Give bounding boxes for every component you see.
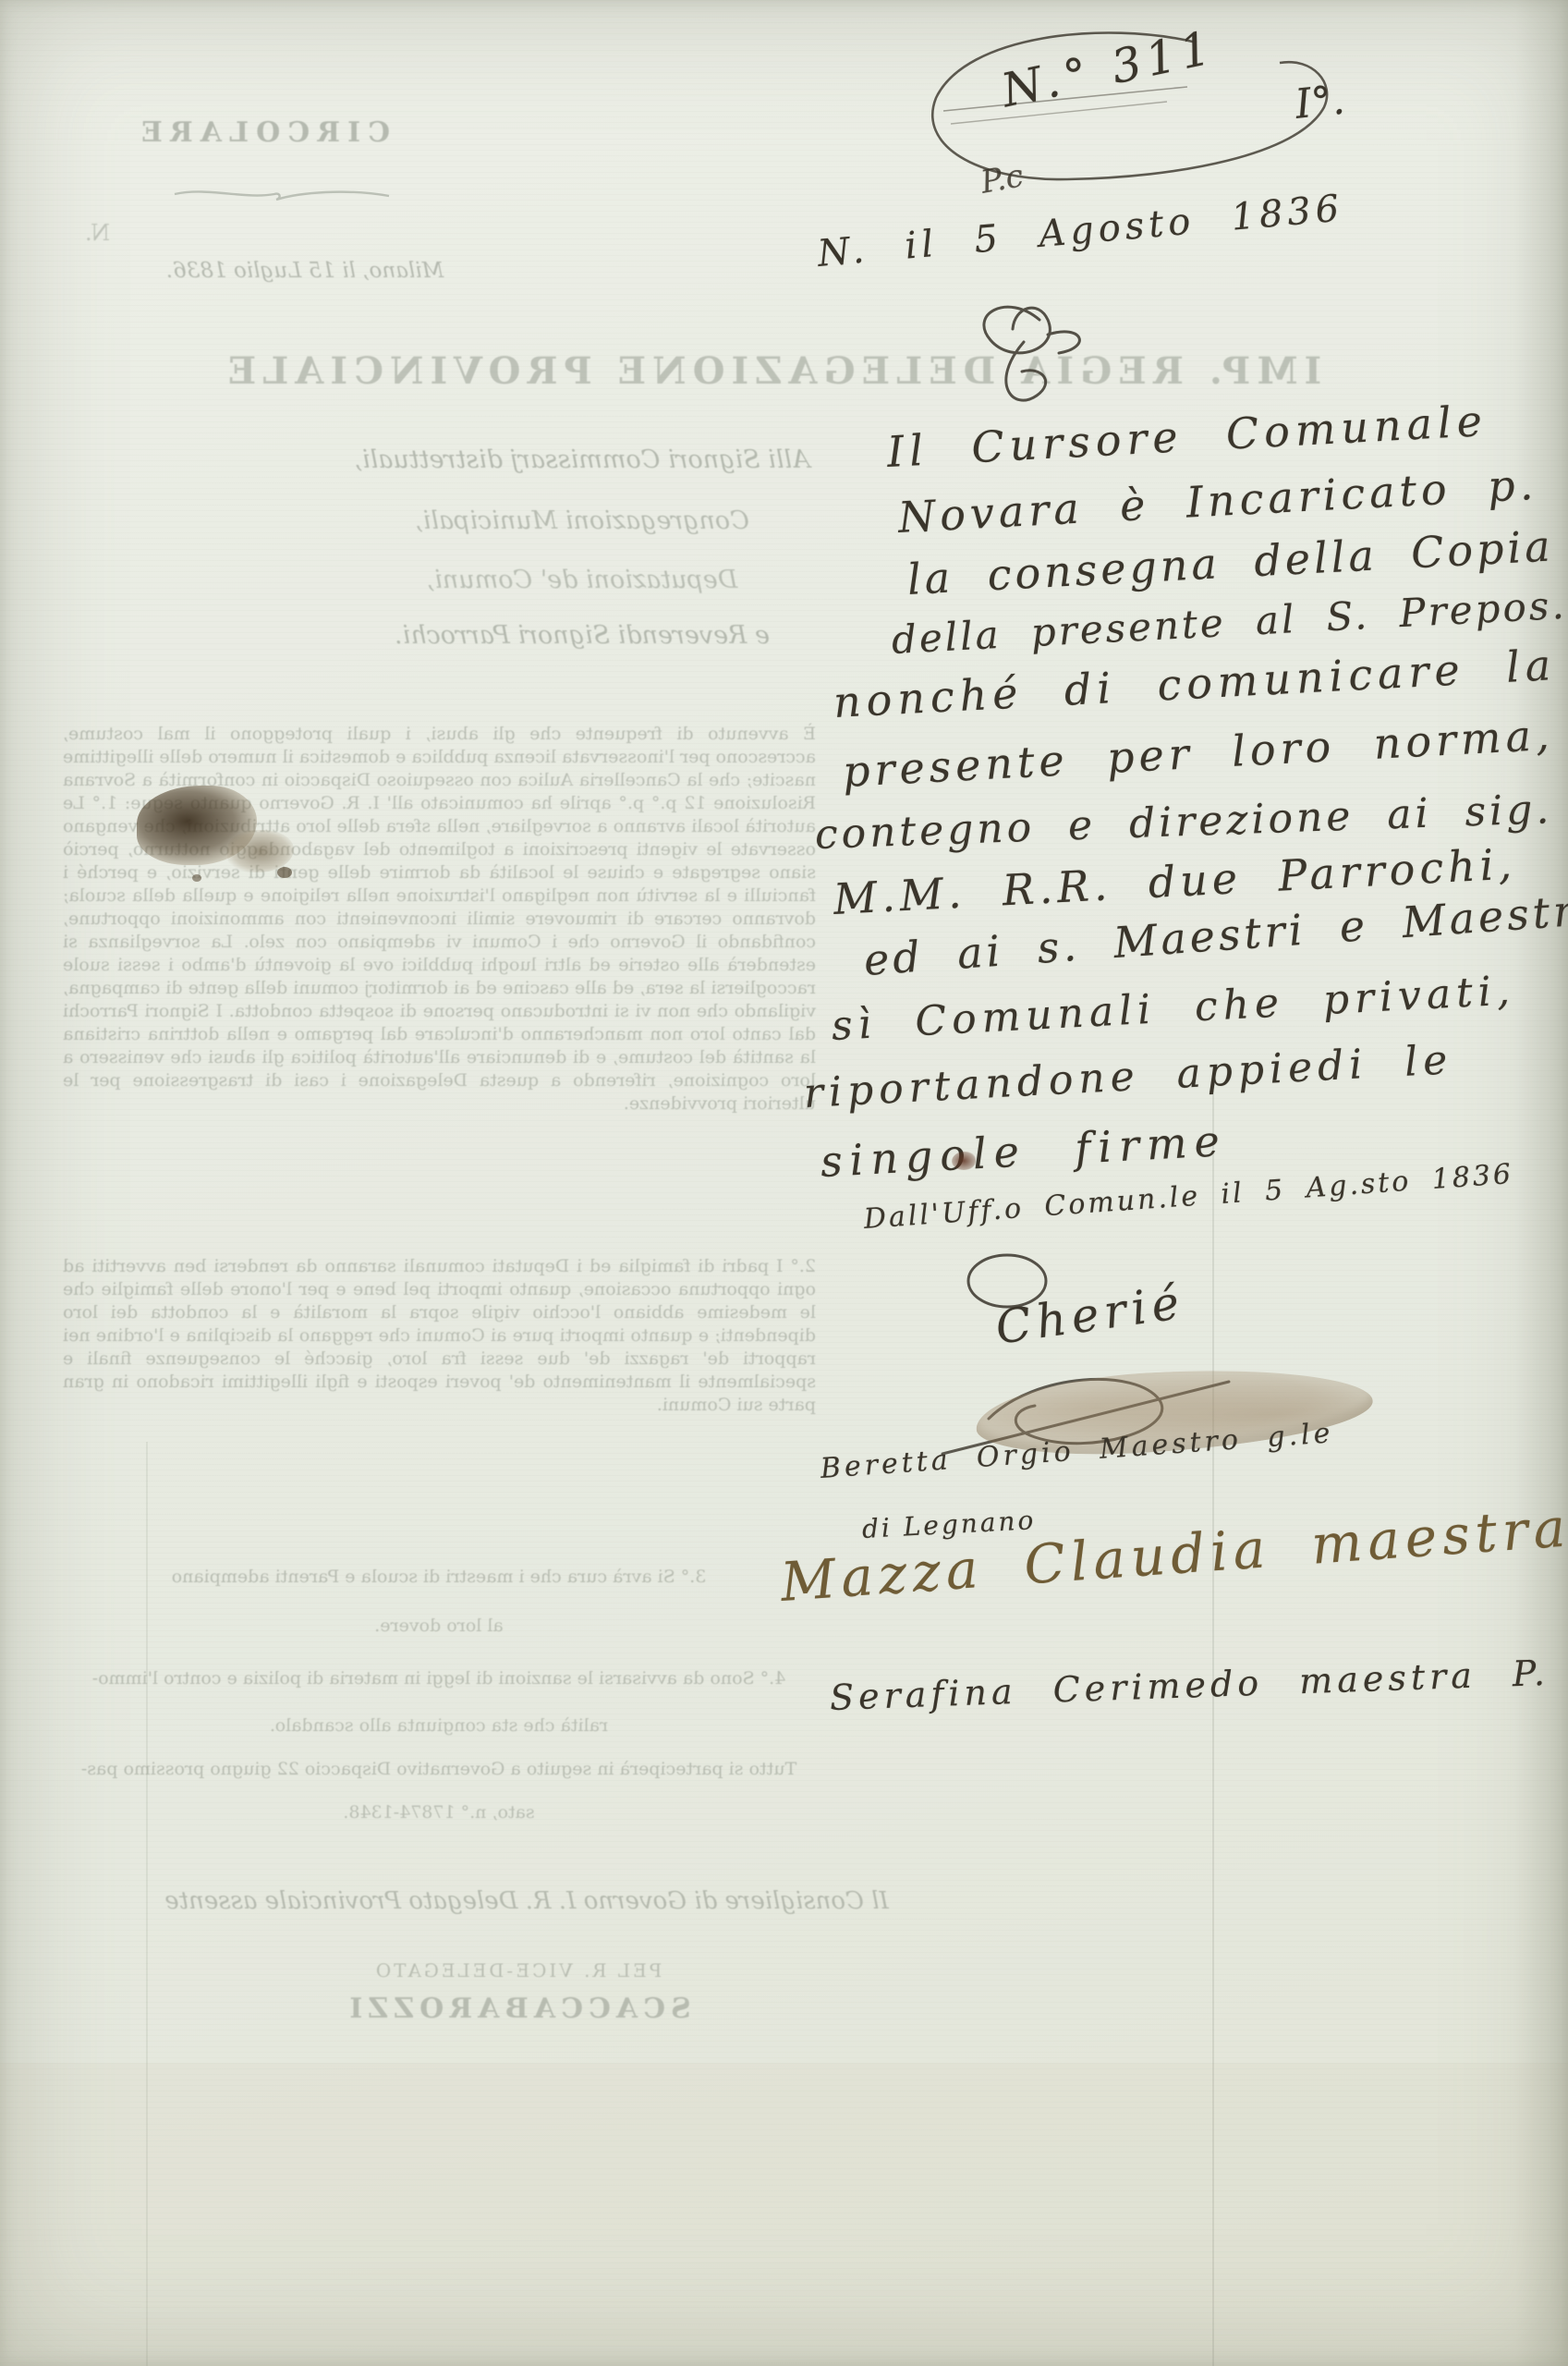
dateline: N. il 5 Agosto 1836	[816, 187, 1345, 275]
right-edge-shading	[1515, 0, 1568, 2366]
ghost-paragraph-1: È avvenuto di frequente che gli abusi, i…	[63, 723, 816, 1116]
ghost-paragraph-3-line-2: al loro dovere.	[69, 1616, 808, 1636]
ghost-paragraph-4-line-1: 4.° Sono da avvisarsi le sanzioni di leg…	[69, 1668, 808, 1689]
ghost-heading: IMP. REGIA DELEGAZIONE PROVINCIALE	[171, 349, 1372, 393]
ghost-circolare-title: CIRCOLARE	[159, 116, 390, 149]
ghost-signature-name: SCACCABAROZZI	[286, 1993, 748, 2025]
bottom-tonal-band	[0, 2063, 1568, 2366]
body-line-12: singole firme	[820, 1116, 1228, 1187]
ghost-circolare-underline	[171, 181, 393, 205]
ghost-addressee-4: e Reverendi Signori Parrochi.	[176, 621, 989, 650]
ghost-place-date: Milano, li 15 Luglio 1836.	[148, 259, 462, 283]
monogram-flourish	[952, 294, 1118, 414]
manuscript-page: CIRCOLARE N. Milano, li 15 Luglio 1836. …	[0, 0, 1568, 2366]
ghost-n-label: N.	[85, 220, 110, 246]
ink-blot-secondary	[227, 830, 294, 872]
ink-blot-speckle-2	[192, 874, 201, 882]
body-line-6: presente per loro norma,	[842, 710, 1555, 797]
ghost-addressee-2: Congregazioni Municipali,	[176, 506, 989, 535]
body-line-11: riportandone appiedi le	[803, 1036, 1454, 1117]
ink-blot-speckle-1	[277, 867, 292, 878]
ghost-paragraph-4-line-3: Tutto si parteciperà in seguito a Govern…	[69, 1759, 808, 1779]
ghost-paragraph-2: 2.° I padri di famiglia ed i Deputati co…	[63, 1255, 816, 1417]
ghost-closing-line: Il Consigliere di Governo I. R. Delegato…	[102, 1887, 952, 1915]
registry-annex: I°.	[1293, 77, 1346, 128]
ghost-addressee-1: Alli Signori Commissarj distrettuali,	[176, 445, 989, 474]
teacher-signature-serafina: Serafina Cerimedo maestra P.	[829, 1653, 1550, 1718]
ghost-addressee-3: Deputazioni de' Comuni,	[176, 566, 989, 594]
ghost-vice-delegato-line: PEL R. VICE-DELEGATO	[305, 1959, 730, 1982]
pc-abbreviation-mark: P.c	[978, 157, 1027, 201]
ghost-paragraph-3-line-1: 3.° Si avrà cura che i maestri di scuola…	[69, 1567, 808, 1587]
ghost-paragraph-4-line-2: ralità che sta congiunta allo scandalo.	[69, 1715, 808, 1736]
ink-blot-main	[137, 786, 257, 865]
ghost-paragraph-4-line-4: sato, n.° 17874-1348.	[69, 1802, 808, 1823]
